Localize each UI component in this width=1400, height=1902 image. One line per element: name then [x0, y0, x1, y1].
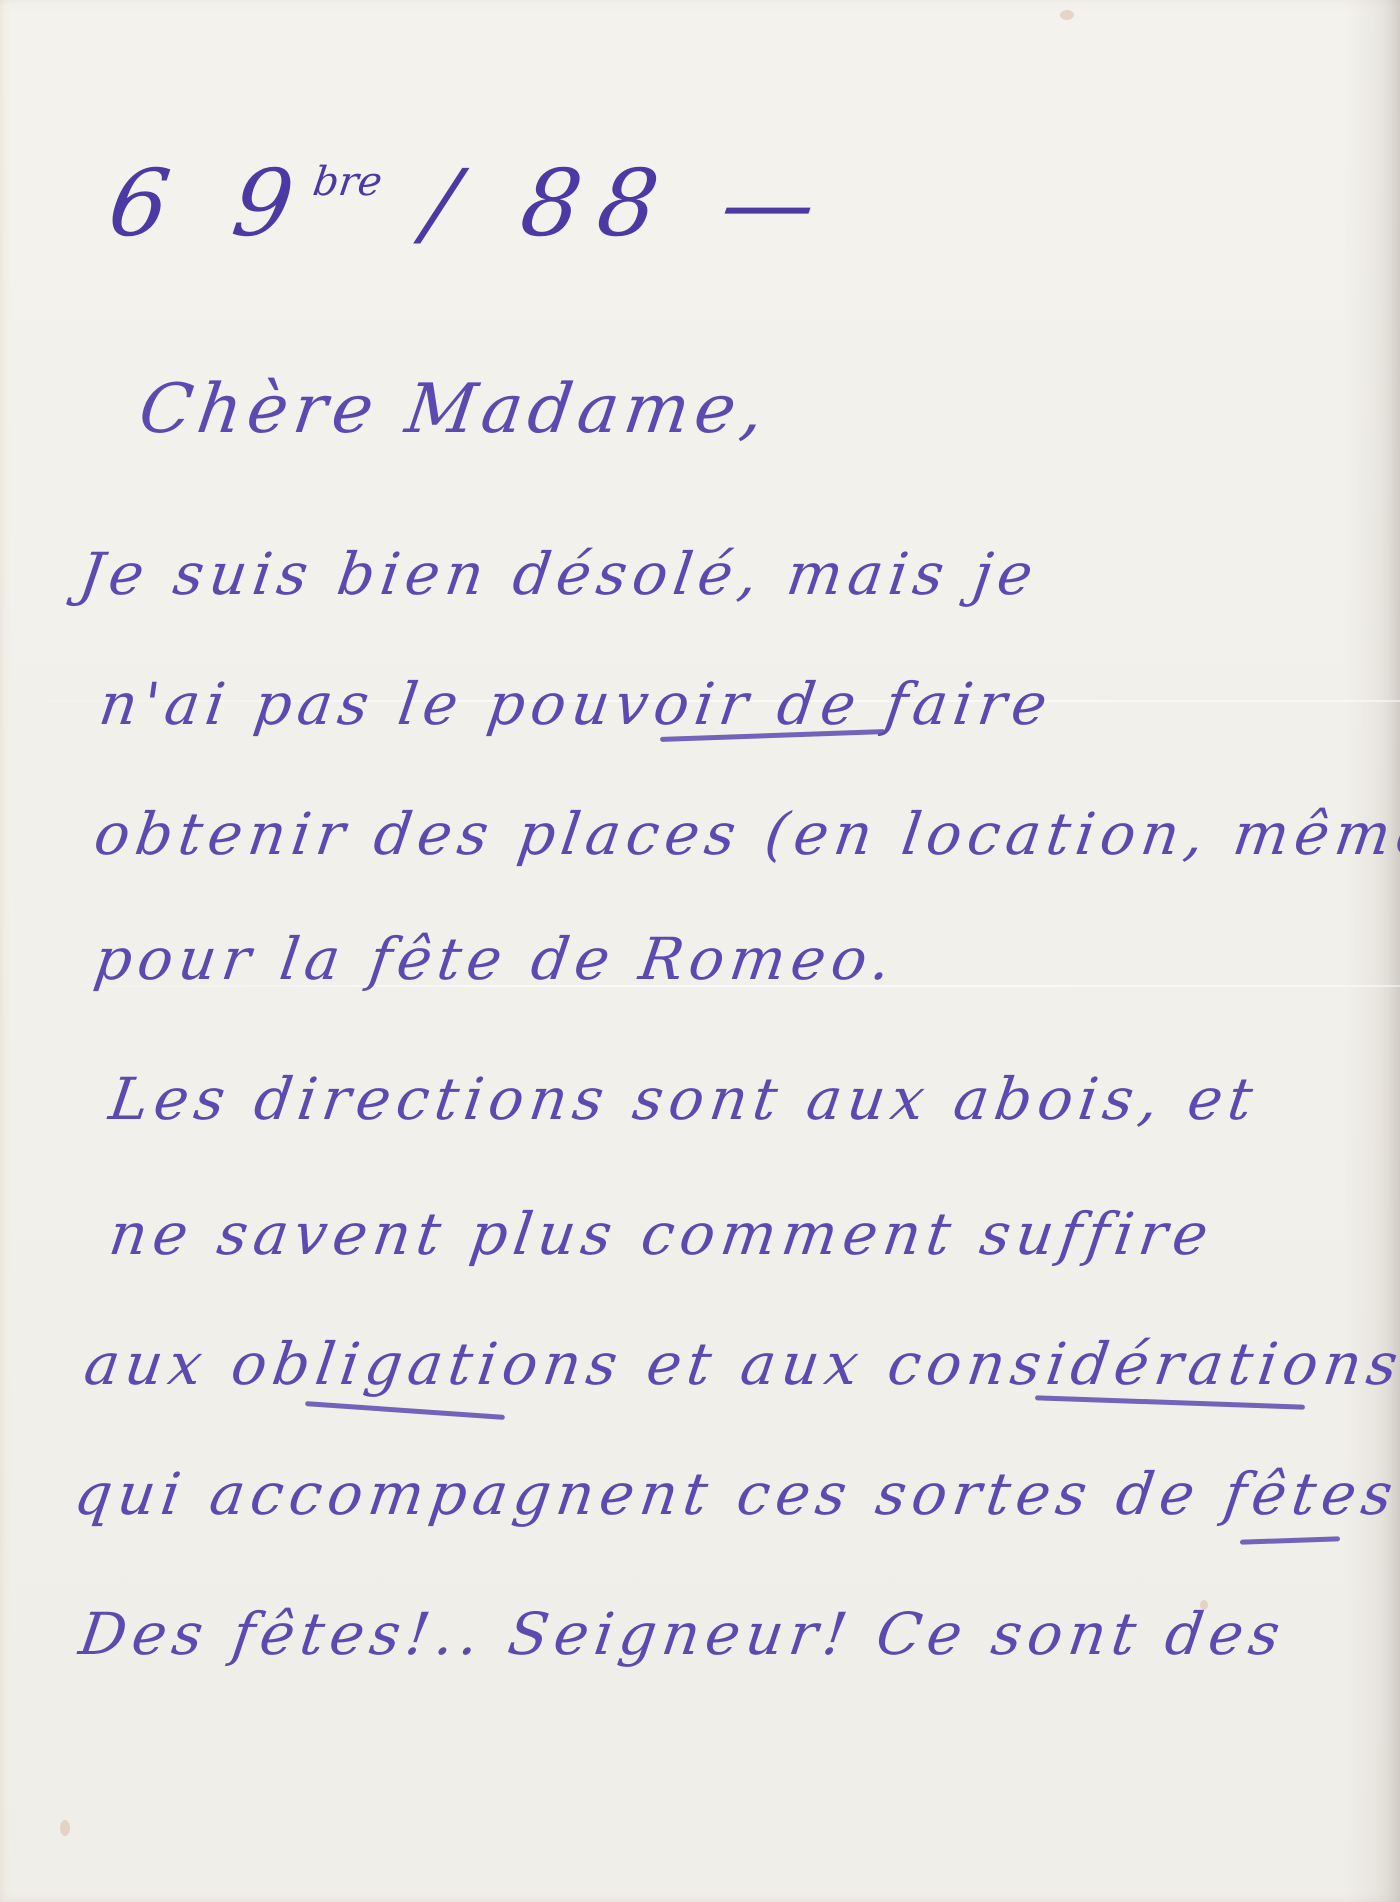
underline-obligations [305, 1401, 505, 1420]
letter-line-4: pour la fête de Romeo. [90, 925, 901, 993]
letter-line-3: obtenir des places (en location, même,) [90, 800, 1400, 868]
date-day: 6 [102, 150, 194, 257]
date-month: 9 [226, 150, 318, 257]
letter-line-6: ne savent plus comment suffire [105, 1200, 1218, 1268]
letter-date: 6 9bre / 88 — [102, 150, 840, 257]
letter-line-2: n'ai pas le pouvoir de faire [95, 670, 1057, 738]
paper-stain [60, 1820, 70, 1836]
letter-greeting: Chère Madame, [134, 370, 774, 449]
letter-line-7: aux obligations et aux considérations [80, 1330, 1400, 1398]
date-month-suffix: bre [310, 159, 385, 205]
underline-fetes [1240, 1536, 1340, 1544]
letter-line-5: Les directions sont aux abois, et [105, 1065, 1262, 1133]
letter-paper: 6 9bre / 88 — Chère Madame, Je suis bien… [0, 0, 1400, 1902]
date-year: / 88 — [418, 150, 840, 257]
letter-line-1: Je suis bien désolé, mais je [75, 540, 1043, 608]
letter-line-8: qui accompagnent ces sortes de fêtes. [70, 1460, 1400, 1528]
paper-stain [1060, 10, 1074, 20]
letter-line-9: Des fêtes!.. Seigneur! Ce sont des [75, 1600, 1290, 1668]
